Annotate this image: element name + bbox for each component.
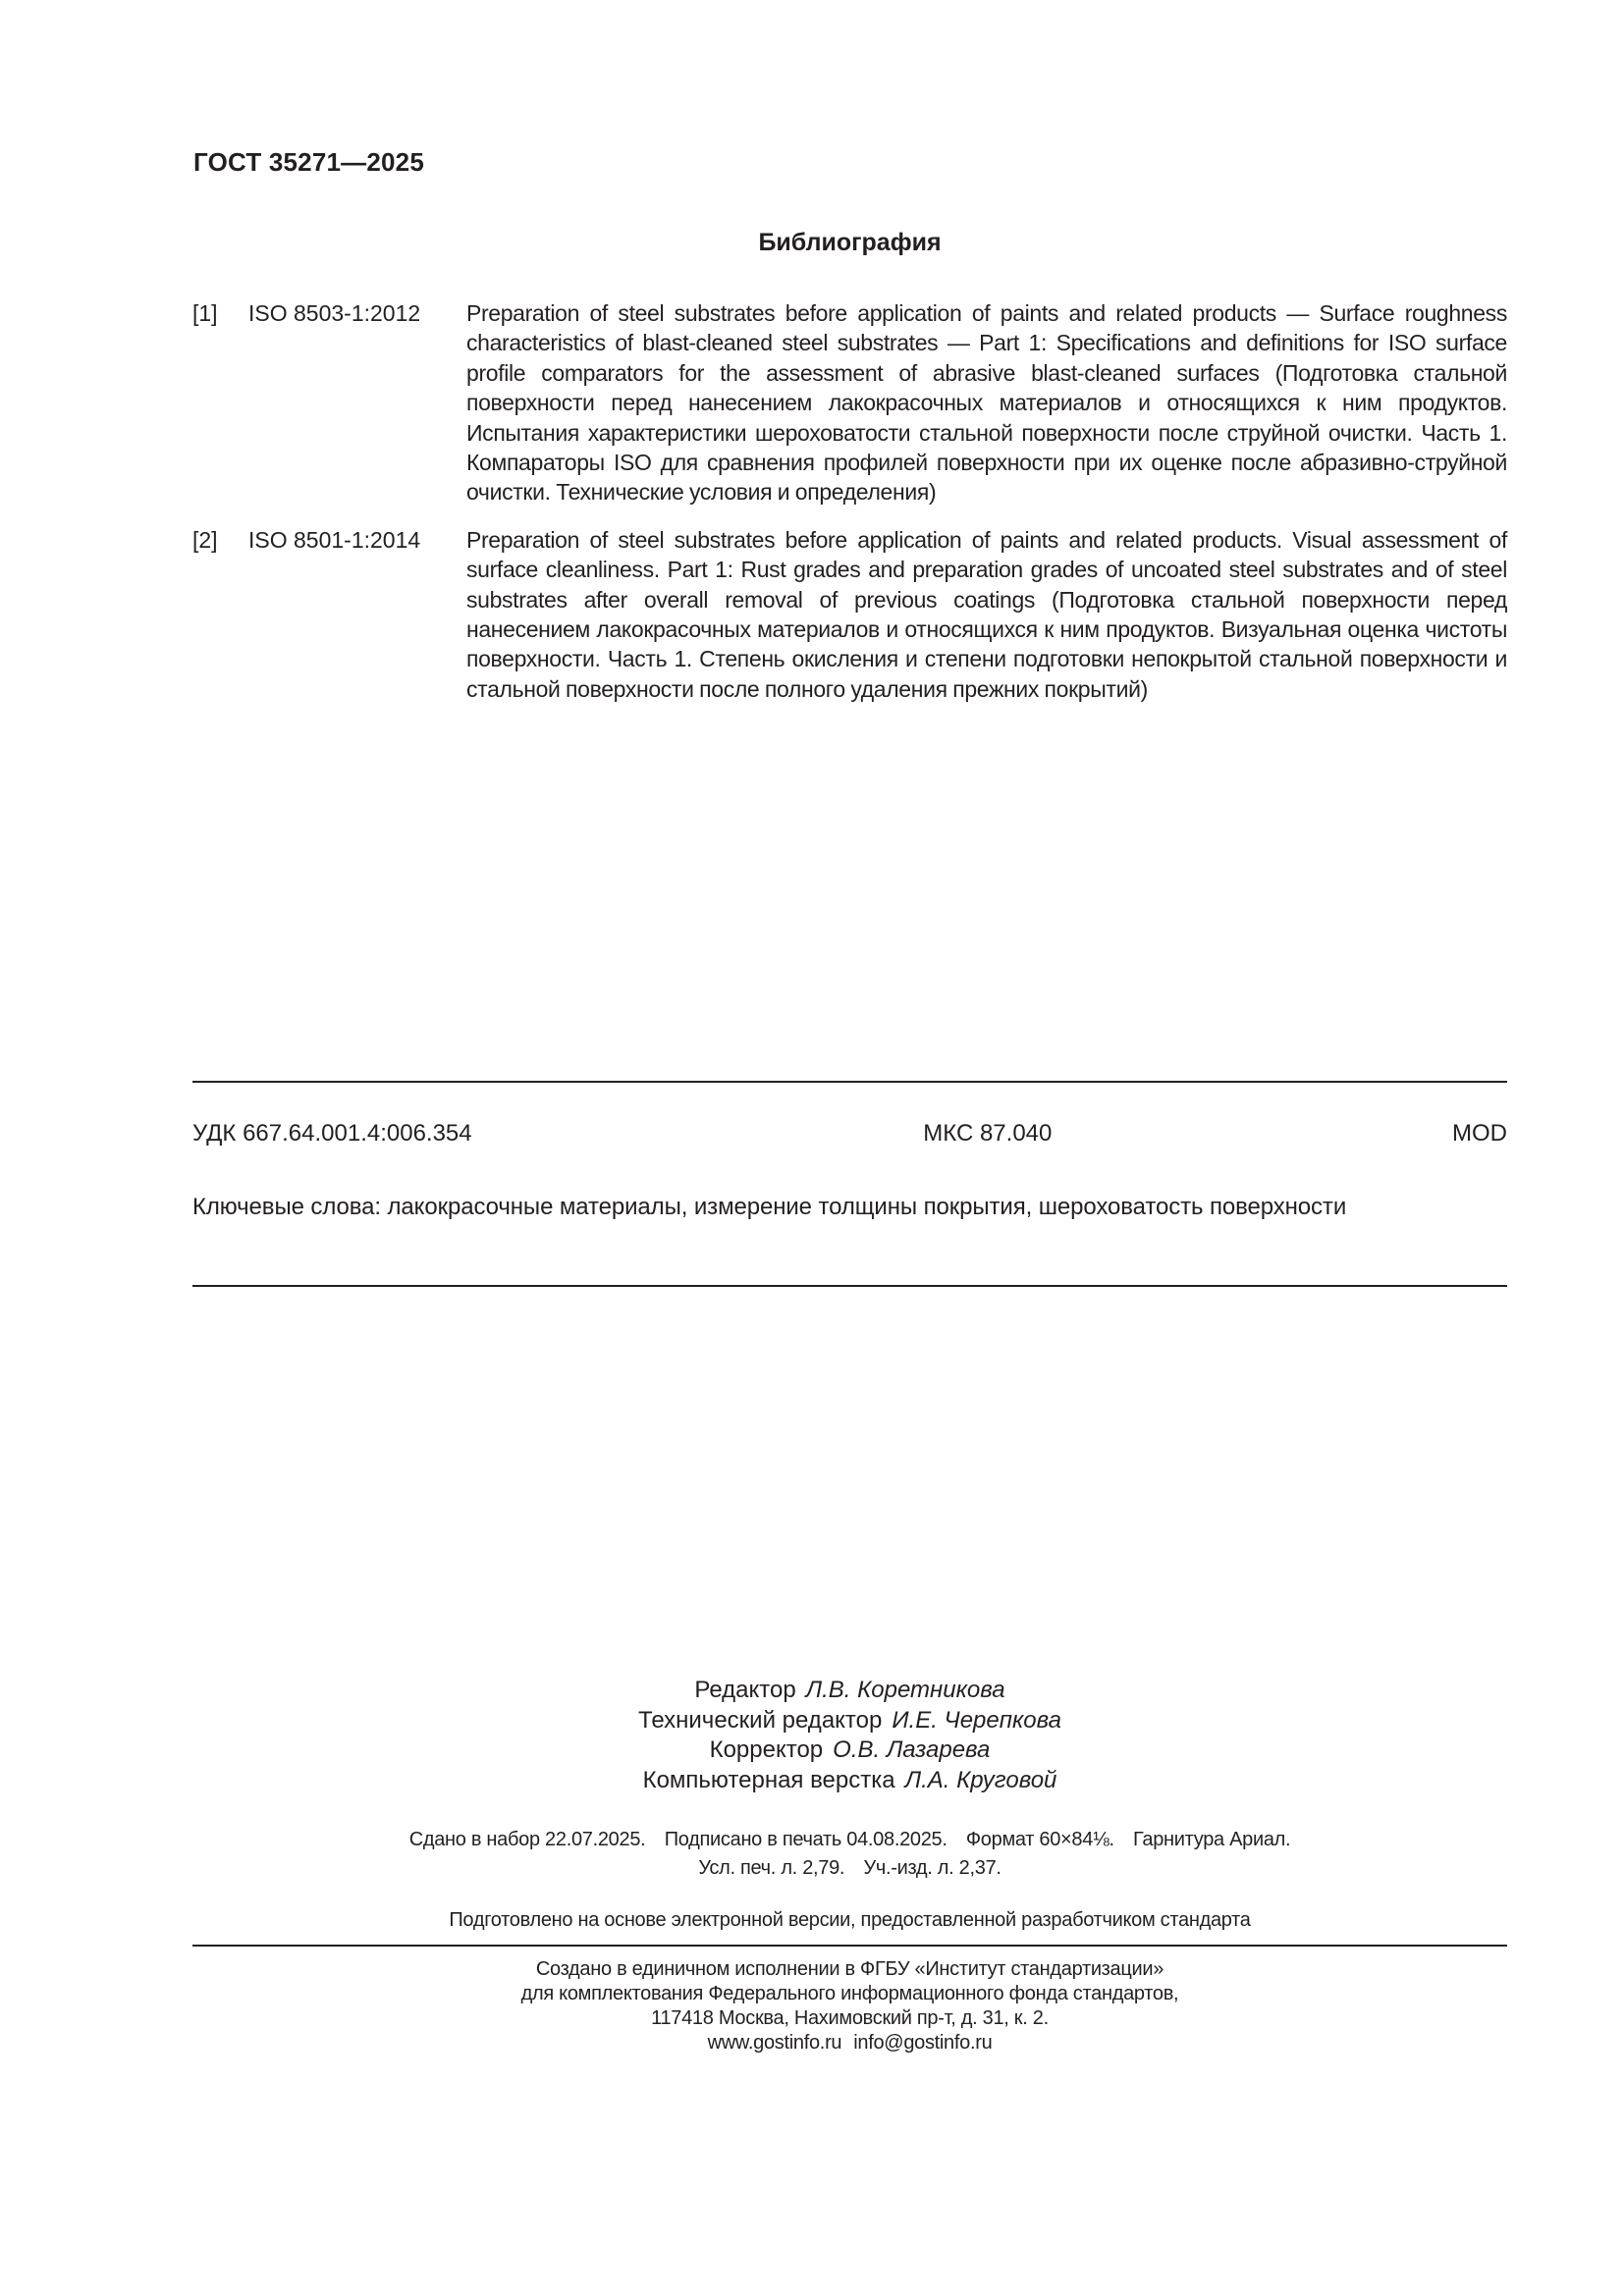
publisher-line: Создано в единичном исполнении в ФГБУ «И… bbox=[192, 1957, 1507, 1982]
reference-number: [1] bbox=[192, 298, 248, 507]
reference-code: ISO 8503-1:2012 bbox=[248, 298, 466, 507]
reference-number: [2] bbox=[192, 525, 248, 704]
publisher-contacts: www.gostinfo.ruinfo@gostinfo.ru bbox=[192, 2031, 1507, 2056]
bibliography-list: [1] ISO 8503-1:2012 Preparation of steel… bbox=[192, 298, 1507, 721]
reference-code: ISO 8501-1:2014 bbox=[248, 525, 466, 704]
publisher-info: Создано в единичном исполнении в ФГБУ «И… bbox=[192, 1957, 1507, 2056]
section-title: Библиография bbox=[192, 229, 1507, 257]
publication-line: Усл. печ. л. 2,79. Уч.-изд. л. 2,37. bbox=[192, 1854, 1507, 1883]
reference-text: Preparation of steel substrates before a… bbox=[466, 525, 1507, 704]
divider-rule bbox=[192, 1945, 1507, 1947]
divider-rule bbox=[192, 1081, 1507, 1083]
credit-name: О.В. Лазарева bbox=[833, 1736, 990, 1763]
credit-name: И.Е. Черепкова bbox=[892, 1707, 1061, 1734]
publication-line: Сдано в набор 22.07.2025. Подписано в пе… bbox=[192, 1826, 1507, 1854]
publisher-sheets: Уч.-изд. л. 2,37. bbox=[863, 1857, 1001, 1879]
credit-name: Л.А. Круговой bbox=[905, 1767, 1057, 1793]
document-id-header: ГОСТ 35271—2025 bbox=[193, 147, 424, 178]
credit-role: Корректор bbox=[710, 1736, 824, 1763]
paper-format: Формат 60×84⅛. bbox=[966, 1829, 1114, 1850]
submitted-date: Сдано в набор 22.07.2025. bbox=[409, 1829, 646, 1850]
credit-line: РедакторЛ.В. Коретникова bbox=[192, 1676, 1507, 1706]
credit-name: Л.В. Коретникова bbox=[806, 1677, 1005, 1703]
reference-text: Preparation of steel substrates before a… bbox=[466, 298, 1507, 507]
keywords-text: Ключевые слова: лакокрасочные материалы,… bbox=[192, 1192, 1507, 1223]
email-link[interactable]: info@gostinfo.ru bbox=[853, 2032, 992, 2054]
classification-row: УДК 667.64.001.4:006.354 МКС 87.040 MOD bbox=[192, 1119, 1507, 1148]
print-sheets: Усл. печ. л. 2,79. bbox=[698, 1857, 844, 1879]
mks-code: МКС 87.040 bbox=[923, 1119, 1052, 1148]
prepared-note: Подготовлено на основе электронной верси… bbox=[192, 1907, 1507, 1933]
typeface: Гарнитура Ариал. bbox=[1133, 1829, 1290, 1850]
credit-line: Компьютерная версткаЛ.А. Круговой bbox=[192, 1766, 1507, 1796]
divider-rule bbox=[192, 1285, 1507, 1287]
credit-line: КорректорО.В. Лазарева bbox=[192, 1735, 1507, 1766]
document-page: ГОСТ 35271—2025 Библиография [1] ISO 850… bbox=[0, 0, 1624, 2296]
website-link[interactable]: www.gostinfo.ru bbox=[708, 2032, 842, 2054]
credit-line: Технический редакторИ.Е. Черепкова bbox=[192, 1706, 1507, 1736]
credit-role: Редактор bbox=[694, 1677, 795, 1703]
publication-info: Сдано в набор 22.07.2025. Подписано в пе… bbox=[192, 1826, 1507, 1883]
signed-date: Подписано в печать 04.08.2025. bbox=[665, 1829, 947, 1850]
publisher-line: для комплектования Федерального информац… bbox=[192, 1982, 1507, 2006]
credits-block: РедакторЛ.В. Коретникова Технический ред… bbox=[192, 1676, 1507, 1795]
bibliography-entry: [2] ISO 8501-1:2014 Preparation of steel… bbox=[192, 525, 1507, 704]
credit-role: Компьютерная верстка bbox=[643, 1767, 895, 1793]
credit-role: Технический редактор bbox=[638, 1707, 882, 1734]
modification-flag: MOD bbox=[1452, 1119, 1507, 1148]
bibliography-entry: [1] ISO 8503-1:2012 Preparation of steel… bbox=[192, 298, 1507, 507]
udk-code: УДК 667.64.001.4:006.354 bbox=[192, 1119, 472, 1148]
publisher-address: 117418 Москва, Нахимовский пр-т, д. 31, … bbox=[192, 2006, 1507, 2031]
